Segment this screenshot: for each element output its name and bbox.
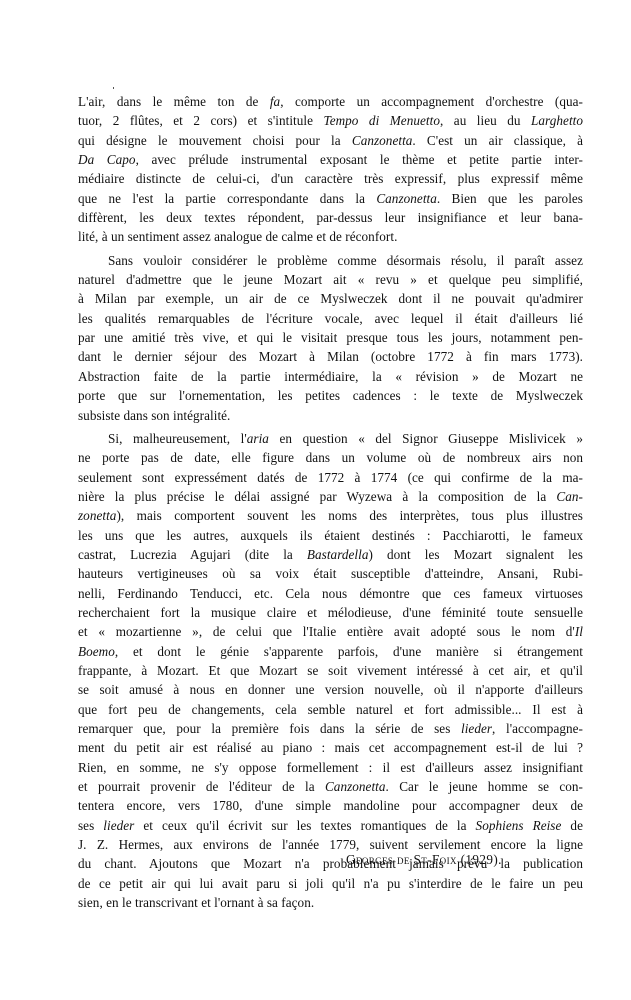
- text-run: que fort peu de changements, cela semble…: [78, 702, 583, 717]
- text-line: qui désigne le mouvement choisi pour la …: [78, 131, 583, 150]
- text-run: ne porte pas de date, elle figure dans u…: [78, 450, 583, 465]
- text-line: et pourrait provenir de l'éditeur de la …: [78, 777, 583, 796]
- italic-text: Bastardella: [307, 547, 369, 562]
- text-run: par une amitié très vive, et qui le visi…: [78, 330, 583, 345]
- text-run: ses: [78, 818, 103, 833]
- paragraph: Sans vouloir considérer le problème comm…: [78, 251, 583, 425]
- italic-text: Can-: [556, 489, 583, 504]
- text-line: tuor, 2 flûtes, et 2 cors) et s'intitule…: [78, 111, 583, 130]
- text-line: Sans vouloir considérer le problème comm…: [78, 251, 583, 270]
- text-run: recherchaient fort la musique claire et …: [78, 605, 583, 620]
- italic-text: Sophiens Reise: [476, 818, 562, 833]
- text-line: ses lieder et ceux qu'il écrivit sur les…: [78, 816, 583, 835]
- italic-text: lieder: [461, 721, 492, 736]
- text-run: dant le dernier séjour des Mozart à Mila…: [78, 349, 583, 364]
- text-line: seulement sont expressément datés de 177…: [78, 468, 583, 487]
- paragraph: L'air, dans le même ton de fa, comporte …: [78, 92, 583, 247]
- text-line: dant le dernier séjour des Mozart à Mila…: [78, 347, 583, 366]
- italic-text: Canzonetta: [352, 133, 413, 148]
- text-run: médiaire distincte de celui-ci, d'un car…: [78, 171, 583, 186]
- text-line: les qualités remarquables de l'écriture …: [78, 309, 583, 328]
- text-run: ) dont les Mozart signalent les: [369, 547, 583, 562]
- text-line: à Milan par exemple, un air de ce Myslwe…: [78, 289, 583, 308]
- text-line: naturel d'admettre que le jeune Mozart a…: [78, 270, 583, 289]
- text-run: Si, malheureusement, l': [108, 431, 247, 446]
- text-run: ), mais comportent souvent les noms des …: [116, 508, 583, 523]
- text-run: seulement sont expressément datés de 177…: [78, 470, 583, 485]
- text-line: remarquer que, pour la première fois dan…: [78, 719, 583, 738]
- text-run: , et dont le génie s'apparente parfois, …: [115, 644, 583, 659]
- signature: Georges de St-Foix (1929).: [346, 852, 502, 868]
- text-run: que ne l'est la partie correspondante da…: [78, 191, 376, 206]
- text-run: subsiste dans son intégralité.: [78, 408, 230, 423]
- text-run: , au lieu du: [440, 113, 531, 128]
- text-run: diffèrent, les deux textes répondent, pa…: [78, 210, 583, 225]
- text-line: nière la plus précise le délai assigné p…: [78, 487, 583, 506]
- text-line: que ne l'est la partie correspondante da…: [78, 189, 583, 208]
- text-run: les qualités remarquables de l'écriture …: [78, 311, 583, 326]
- text-line: les uns que les autres, auxquels ils éta…: [78, 526, 583, 545]
- italic-text: Canzonetta: [376, 191, 437, 206]
- scan-speck: [113, 87, 114, 89]
- italic-text: Da Capo: [78, 152, 136, 167]
- text-line: sien, en le transcrivant et l'ornant à s…: [78, 893, 583, 912]
- text-line: et « mozartienne », de celui que l'Itali…: [78, 622, 583, 641]
- text-line: L'air, dans le même ton de fa, comporte …: [78, 92, 583, 111]
- text-line: J. Z. Hermes, aux environs de l'année 17…: [78, 835, 583, 854]
- text-run: de ce petit air qui lui avait paru si jo…: [78, 876, 583, 891]
- italic-text: Larghetto: [531, 113, 583, 128]
- text-line: Si, malheureusement, l'aria en question …: [78, 429, 583, 448]
- text-line: médiaire distincte de celui-ci, d'un car…: [78, 169, 583, 188]
- text-line: hauteurs vertigineuses où sa voix était …: [78, 564, 583, 583]
- text-line: nelli, Ferdinando Tenducci, etc. Cela no…: [78, 584, 583, 603]
- text-line: castrat, Lucrezia Agujari (dite la Basta…: [78, 545, 583, 564]
- document-page: L'air, dans le même ton de fa, comporte …: [78, 92, 583, 912]
- text-line: porte que sur l'ornementation, les petit…: [78, 386, 583, 405]
- text-line: ment du petit air est réalisé au piano :…: [78, 738, 583, 757]
- text-run: et ceux qu'il écrivit sur les textes rom…: [134, 818, 475, 833]
- italic-text: aria: [247, 431, 269, 446]
- text-line: frappante, à Mozart. Et que Mozart se so…: [78, 661, 583, 680]
- text-run: porte que sur l'ornementation, les petit…: [78, 388, 583, 403]
- text-line: lité, à un sentiment assez analogue de c…: [78, 227, 583, 246]
- italic-text: lieder: [103, 818, 134, 833]
- text-run: , l'accompagne-: [492, 721, 583, 736]
- text-run: et pourrait provenir de l'éditeur de la: [78, 779, 325, 794]
- italic-text: Boemo: [78, 644, 115, 659]
- text-line: zonetta), mais comportent souvent les no…: [78, 506, 583, 525]
- signature-year: (1929).: [461, 852, 502, 867]
- text-line: subsiste dans son intégralité.: [78, 406, 583, 425]
- text-run: de: [561, 818, 583, 833]
- italic-text: Il: [575, 624, 583, 639]
- text-line: que fort peu de changements, cela semble…: [78, 700, 583, 719]
- text-line: tentera encore, vers 1780, d'une simple …: [78, 796, 583, 815]
- text-line: ne porte pas de date, elle figure dans u…: [78, 448, 583, 467]
- text-run: les uns que les autres, auxquels ils éta…: [78, 528, 583, 543]
- text-line: par une amitié très vive, et qui le visi…: [78, 328, 583, 347]
- text-line: Abstraction faite de la partie intermédi…: [78, 367, 583, 386]
- text-run: remarquer que, pour la première fois dan…: [78, 721, 461, 736]
- text-line: du chant. Ajoutons que Mozart n'a probab…: [78, 854, 583, 873]
- text-line: Rien, en somme, ne s'y oppose formelleme…: [78, 758, 583, 777]
- text-run: , comporte un accompagnement d'orchestre…: [280, 94, 583, 109]
- text-run: L'air, dans le même ton de: [78, 94, 270, 109]
- text-run: à Milan par exemple, un air de ce Myslwe…: [78, 291, 583, 306]
- text-run: castrat, Lucrezia Agujari (dite la: [78, 547, 307, 562]
- text-run: . Car le jeune homme se con-: [386, 779, 583, 794]
- text-run: tuor, 2 flûtes, et 2 cors) et s'intitule: [78, 113, 324, 128]
- text-run: J. Z. Hermes, aux environs de l'année 17…: [78, 837, 583, 852]
- text-run: Sans vouloir considérer le problème comm…: [108, 253, 583, 268]
- text-run: lité, à un sentiment assez analogue de c…: [78, 229, 397, 244]
- text-line: Boemo, et dont le génie s'apparente parf…: [78, 642, 583, 661]
- text-line: de ce petit air qui lui avait paru si jo…: [78, 874, 583, 893]
- italic-text: Canzonetta: [325, 779, 386, 794]
- paragraph: Si, malheureusement, l'aria en question …: [78, 429, 583, 913]
- text-run: et « mozartienne », de celui que l'Itali…: [78, 624, 575, 639]
- signature-author: Georges de St-Foix: [346, 852, 457, 867]
- text-run: . C'est un air classique, à: [412, 133, 583, 148]
- text-run: qui désigne le mouvement choisi pour la: [78, 133, 352, 148]
- text-run: Abstraction faite de la partie intermédi…: [78, 369, 583, 384]
- text-run: tentera encore, vers 1780, d'une simple …: [78, 798, 583, 813]
- text-run: en question « del Signor Giuseppe Misliv…: [269, 431, 583, 446]
- text-run: du chant. Ajoutons que Mozart n'a probab…: [78, 856, 583, 871]
- text-run: naturel d'admettre que le jeune Mozart a…: [78, 272, 583, 287]
- text-line: diffèrent, les deux textes répondent, pa…: [78, 208, 583, 227]
- text-run: ment du petit air est réalisé au piano :…: [78, 740, 583, 755]
- italic-text: Tempo di Menuetto: [324, 113, 440, 128]
- text-run: . Bien que les paroles: [437, 191, 583, 206]
- text-run: , avec prélude instrumental exposant le …: [136, 152, 583, 167]
- text-run: nelli, Ferdinando Tenducci, etc. Cela no…: [78, 586, 583, 601]
- text-line: recherchaient fort la musique claire et …: [78, 603, 583, 622]
- text-run: sien, en le transcrivant et l'ornant à s…: [78, 895, 314, 910]
- text-run: frappante, à Mozart. Et que Mozart se so…: [78, 663, 583, 678]
- italic-text: zonetta: [78, 508, 116, 523]
- text-run: Rien, en somme, ne s'y oppose formelleme…: [78, 760, 583, 775]
- text-run: hauteurs vertigineuses où sa voix était …: [78, 566, 583, 581]
- text-line: Da Capo, avec prélude instrumental expos…: [78, 150, 583, 169]
- text-line: se soit amusé à nous en donner une versi…: [78, 680, 583, 699]
- text-run: nière la plus précise le délai assigné p…: [78, 489, 556, 504]
- italic-text: fa: [270, 94, 280, 109]
- text-run: se soit amusé à nous en donner une versi…: [78, 682, 583, 697]
